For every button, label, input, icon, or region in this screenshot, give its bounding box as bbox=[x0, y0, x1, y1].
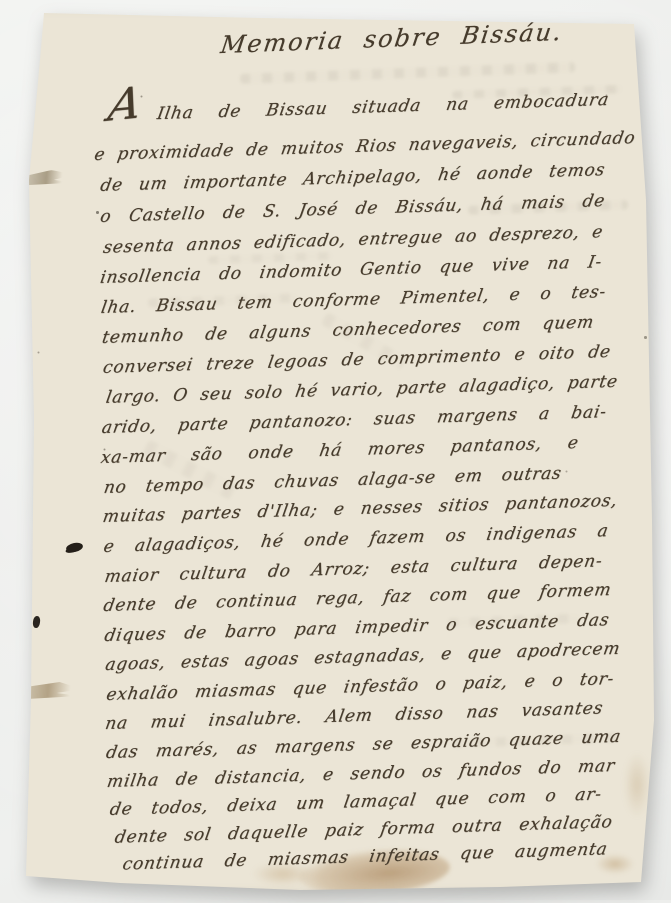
initial-capital: A bbox=[105, 81, 144, 128]
paper-shadow: Memoria sobre Bissáu. A Ilha de Bissau s… bbox=[0, 0, 671, 900]
manuscript-line: Ilha de Bissau situada na embocadura bbox=[155, 88, 611, 126]
paper-specks bbox=[0, 0, 1, 1]
handwritten-text-block: Memoria sobre Bissáu. A Ilha de Bissau s… bbox=[0, 0, 671, 900]
document-title: Memoria sobre Bissáu. bbox=[219, 19, 543, 59]
manuscript-page: Memoria sobre Bissáu. A Ilha de Bissau s… bbox=[0, 0, 671, 900]
